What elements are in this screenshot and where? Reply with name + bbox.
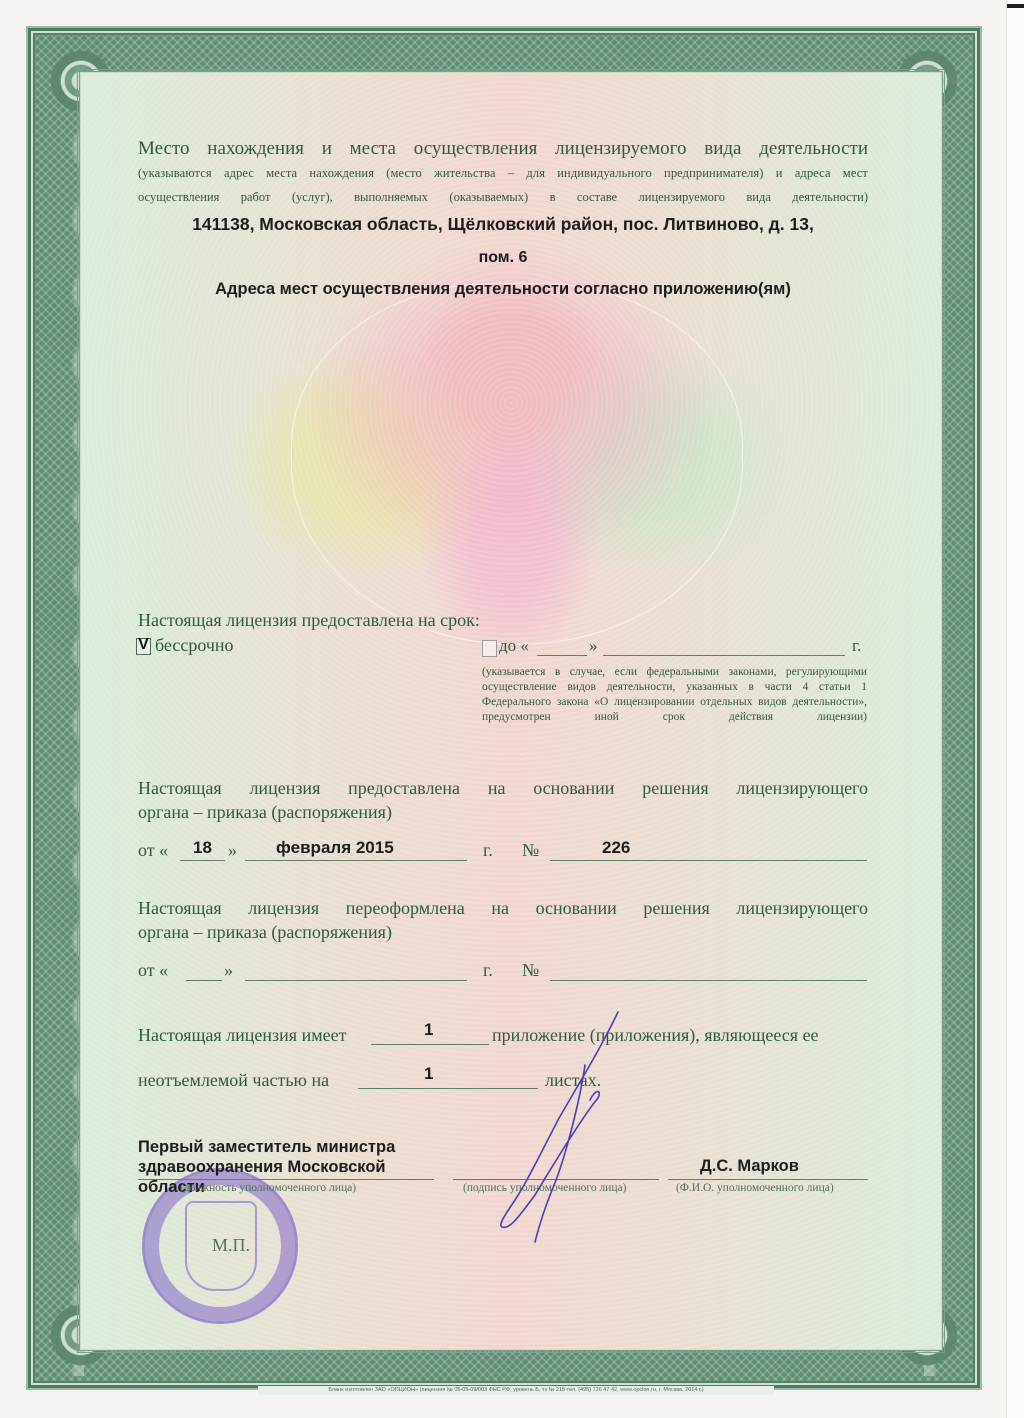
- until-checkbox[interactable]: [482, 640, 497, 657]
- basis-number-line: [550, 860, 867, 861]
- name-line: [668, 1179, 868, 1180]
- appendix-line2-prefix: неотъемлемой частью на: [138, 1070, 329, 1091]
- basis-line1: Настоящая лицензия предоставлена на осно…: [138, 778, 868, 799]
- basis-number-label: №: [522, 840, 539, 861]
- term-label: Настоящая лицензия предоставлена на срок…: [138, 610, 480, 631]
- name-caption: (Ф.И.О. уполномоченного лица): [676, 1182, 834, 1194]
- basis-line2: органа – приказа (распоряжения): [138, 802, 392, 823]
- address-line2: пом. 6: [138, 249, 868, 267]
- position-line: [138, 1179, 434, 1180]
- basis-from-label: от «: [138, 840, 168, 861]
- until-date-field[interactable]: [603, 655, 845, 656]
- until-hint: (указывается в случае, если федеральными…: [482, 665, 867, 725]
- appendix-count: 1: [424, 1020, 433, 1040]
- until-prefix: до «: [499, 636, 529, 656]
- appendix-line1-prefix: Настоящая лицензия имеет: [138, 1025, 346, 1046]
- permanent-label: бессрочно: [155, 635, 234, 656]
- location-heading: Место нахождения и места осуществления л…: [138, 138, 868, 160]
- basis-year-suffix: г.: [483, 840, 493, 861]
- until-year-suffix: г.: [852, 636, 861, 656]
- basis-number: 226: [602, 838, 630, 858]
- signer-name: Д.С. Марков: [700, 1157, 799, 1176]
- reissue-year-suffix: г.: [483, 960, 493, 981]
- basis-day-line: [180, 860, 225, 861]
- reissue-number-label: №: [522, 960, 539, 981]
- rosette-watermark-icon: [291, 283, 743, 645]
- reissue-number-field[interactable]: [550, 980, 867, 981]
- until-quote-close: »: [589, 636, 598, 656]
- reissue-line2: органа – приказа (распоряжения): [138, 922, 392, 943]
- basis-day: 18: [193, 838, 212, 858]
- basis-quote-close: »: [228, 840, 237, 861]
- reissue-line1: Настоящая лицензия переоформлена на осно…: [138, 898, 868, 919]
- handwritten-signature-icon: [480, 1010, 630, 1250]
- permanent-checkbox[interactable]: V: [136, 638, 151, 655]
- reissue-quote-close: »: [224, 960, 233, 981]
- reissue-date-field[interactable]: [245, 980, 467, 981]
- appendix-count-line: [371, 1044, 489, 1045]
- address-line3: Адреса мест осуществления деятельности с…: [138, 280, 868, 299]
- check-mark-icon: V: [137, 636, 150, 654]
- position-caption: (должность уполномоченного лица): [180, 1182, 356, 1194]
- paper-edge: [1006, 0, 1024, 1418]
- reissue-from-label: от «: [138, 960, 168, 981]
- stamp-label: М.П.: [212, 1235, 250, 1256]
- reissue-day-field[interactable]: [186, 980, 222, 981]
- until-day-field[interactable]: [537, 655, 587, 656]
- form-printer-footer: Бланк изготовлен ЗАО «ОПЦИОН» (лицензия …: [258, 1386, 774, 1395]
- location-hint-line2: осуществления работ (услуг), выполняемых…: [138, 190, 868, 205]
- basis-date-line: [245, 860, 467, 861]
- sheet-count: 1: [424, 1064, 433, 1084]
- address-line1: 141138, Московская область, Щёлковский р…: [138, 214, 868, 235]
- location-hint-line1: (указываются адрес места нахождения (мес…: [138, 166, 868, 181]
- basis-month-year: февраля 2015: [276, 838, 394, 858]
